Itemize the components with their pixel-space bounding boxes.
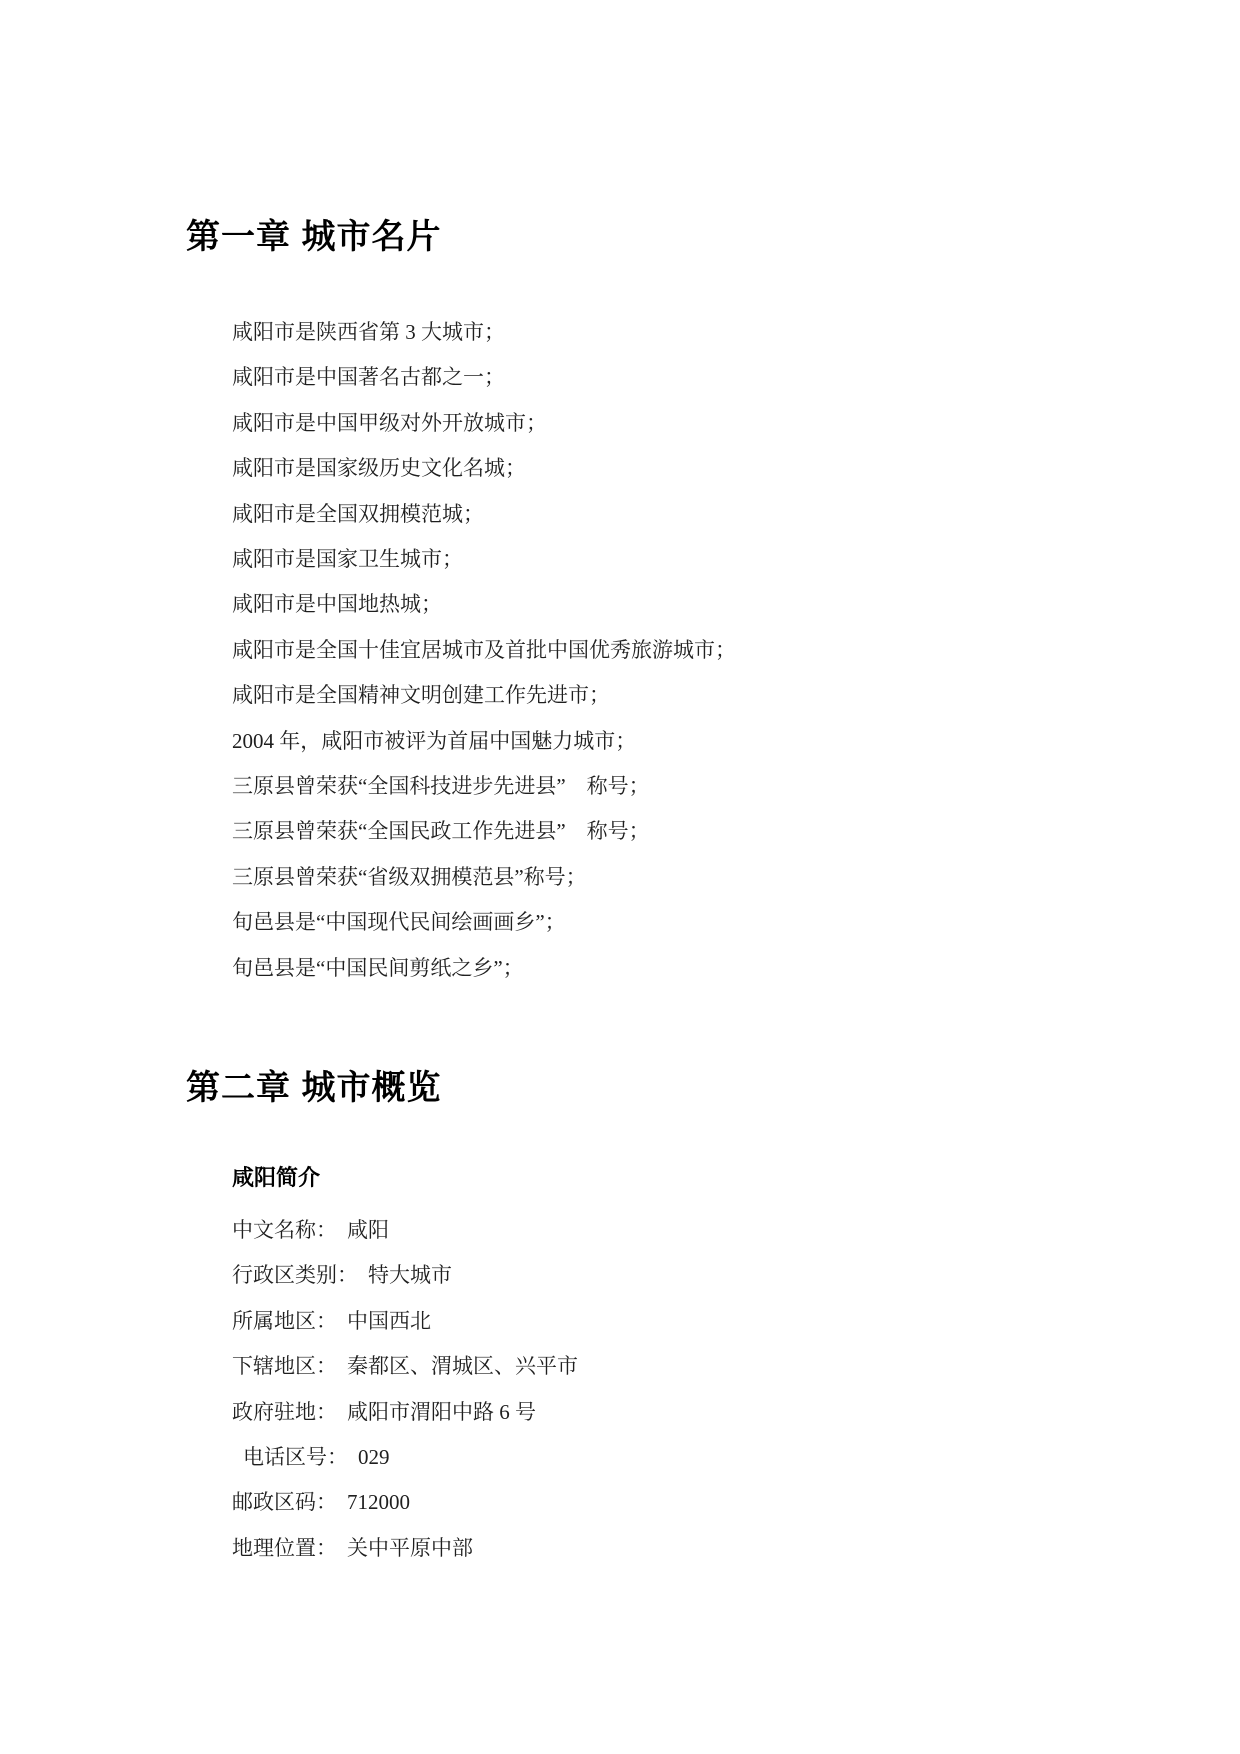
info-row: 行政区类别：特大城市 — [232, 1253, 578, 1298]
chapter1-line: 咸阳市是陕西省第 3 大城市； — [232, 310, 736, 355]
info-value: 秦都区、渭城区、兴平市 — [347, 1354, 578, 1378]
info-value: 咸阳 — [347, 1218, 389, 1242]
info-row: 所属地区：中国西北 — [232, 1299, 578, 1344]
chapter1-line: 旬邑县是“中国现代民间绘画画乡”； — [232, 900, 736, 945]
info-label: 政府驻地： — [232, 1400, 337, 1424]
chapter1-line: 咸阳市是全国十佳宜居城市及首批中国优秀旅游城市； — [232, 628, 736, 673]
document-page: 第一章 城市名片 咸阳市是陕西省第 3 大城市； 咸阳市是中国著名古都之一； 咸… — [0, 0, 1240, 1754]
info-label: 下辖地区： — [232, 1354, 337, 1378]
chapter1-line: 三原县曾荣获“省级双拥模范县”称号； — [232, 855, 736, 900]
chapter-2-info-list: 中文名称：咸阳 行政区类别：特大城市 所属地区：中国西北 下辖地区：秦都区、渭城… — [232, 1208, 578, 1571]
chapter1-line: 三原县曾荣获“全国科技进步先进县” 称号； — [232, 764, 736, 809]
info-row: 电话区号：029 — [232, 1435, 578, 1480]
info-value: 712000 — [347, 1490, 410, 1514]
chapter1-line: 咸阳市是中国著名古都之一； — [232, 355, 736, 400]
chapter1-line: 旬邑县是“中国民间剪纸之乡”； — [232, 946, 736, 991]
chapter1-line: 咸阳市是中国地热城； — [232, 582, 736, 627]
info-row: 地理位置：关中平原中部 — [232, 1526, 578, 1571]
chapter1-line: 咸阳市是国家级历史文化名城； — [232, 446, 736, 491]
info-label: 行政区类别： — [232, 1263, 358, 1287]
info-row: 下辖地区：秦都区、渭城区、兴平市 — [232, 1344, 578, 1389]
info-label: 中文名称： — [232, 1218, 337, 1242]
info-label: 地理位置： — [232, 1536, 337, 1560]
info-value: 咸阳市渭阳中路 6 号 — [347, 1400, 536, 1424]
info-value: 特大城市 — [368, 1263, 452, 1287]
chapter1-line: 三原县曾荣获“全国民政工作先进县” 称号； — [232, 809, 736, 854]
info-label: 所属地区： — [232, 1309, 337, 1333]
info-label: 电话区号： — [243, 1445, 348, 1469]
chapter1-line: 咸阳市是全国双拥模范城； — [232, 492, 736, 537]
info-row: 邮政区码：712000 — [232, 1480, 578, 1525]
chapter-1-body: 咸阳市是陕西省第 3 大城市； 咸阳市是中国著名古都之一； 咸阳市是中国甲级对外… — [232, 310, 736, 991]
chapter1-line: 咸阳市是中国甲级对外开放城市； — [232, 401, 736, 446]
info-value: 关中平原中部 — [347, 1536, 473, 1560]
info-value: 中国西北 — [347, 1309, 431, 1333]
chapter1-line: 2004 年，咸阳市被评为首届中国魅力城市； — [232, 719, 736, 764]
chapter-2-heading: 第二章 城市概览 — [186, 1068, 441, 1108]
info-row: 政府驻地：咸阳市渭阳中路 6 号 — [232, 1390, 578, 1435]
info-label: 邮政区码： — [232, 1490, 337, 1514]
info-row: 中文名称：咸阳 — [232, 1208, 578, 1253]
chapter-1-heading: 第一章 城市名片 — [186, 217, 441, 257]
chapter1-line: 咸阳市是国家卫生城市； — [232, 537, 736, 582]
chapter1-line: 咸阳市是全国精神文明创建工作先进市； — [232, 673, 736, 718]
section-title-xianyang-intro: 咸阳简介 — [232, 1163, 320, 1193]
info-value: 029 — [358, 1445, 390, 1469]
